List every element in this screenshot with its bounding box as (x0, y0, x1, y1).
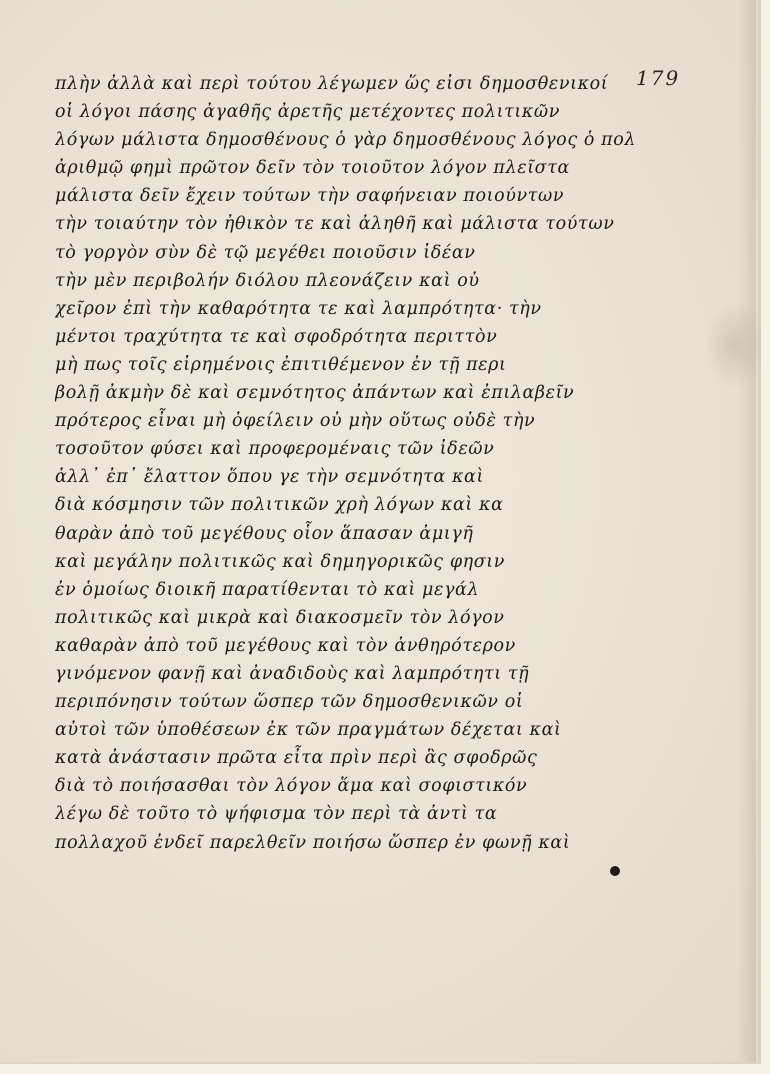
text-line: αὐτοὶ τῶν ὑποθέσεων ἐκ τῶν πραγμάτων δέχ… (55, 716, 635, 744)
text-line: ἀλλ᾽ ἐπ᾽ ἔλαττον ὅπου γε τὴν σεμνότητα κ… (55, 463, 635, 491)
manuscript-page: 179 πλὴν ἀλλὰ καὶ περὶ τούτου λέγωμεν ὥς… (0, 0, 761, 1064)
text-line: τὴν μὲν περιβολήν διόλου πλεονάζειν καὶ … (55, 267, 635, 295)
text-line: καθαρὰν ἀπὸ τοῦ μεγέθους καὶ τὸν ἀνθηρότ… (55, 632, 635, 660)
text-line: περιπόνησιν τούτων ὥσπερ τῶν δημοσθενικῶ… (55, 688, 635, 716)
text-line: τὸ γοργὸν σὺν δὲ τῷ μεγέθει ποιοῦσιν ἰδέ… (55, 239, 635, 267)
text-line: καὶ μεγάλην πολιτικῶς καὶ δημηγορικῶς φη… (55, 548, 635, 576)
text-line: οἱ λόγοι πάσης ἀγαθῆς ἀρετῆς μετέχοντες … (55, 98, 635, 126)
page-edge-shadow (738, 0, 756, 1062)
text-line: πολιτικῶς καὶ μικρὰ καὶ διακοσμεῖν τὸν λ… (55, 604, 635, 632)
text-line: ἀριθμῷ φημὶ πρῶτον δεῖν τὸν τοιοῦτον λόγ… (55, 154, 635, 182)
ink-dot (610, 866, 620, 876)
folio-number: 179 (636, 66, 680, 90)
text-line: πολλαχοῦ ἐνδεῖ παρελθεῖν ποιήσω ὥσπερ ἐν… (55, 829, 635, 857)
text-line: τοσοῦτον φύσει καὶ προφερομέναις τῶν ἰδε… (55, 435, 635, 463)
text-line: κατὰ ἀνάστασιν πρῶτα εἶτα πρὶν περὶ ἃς σ… (55, 744, 635, 772)
text-line: μάλιστα δεῖν ἔχειν τούτων τὴν σαφήνειαν … (55, 182, 635, 210)
text-line: θαρὰν ἀπὸ τοῦ μεγέθους οἷον ἅπασαν ἀμιγῆ (55, 520, 635, 548)
paper-stain (705, 300, 765, 390)
text-line: βολῇ ἀκμὴν δὲ καὶ σεμνότητος ἀπάντων καὶ… (55, 379, 635, 407)
text-line: λέγω δὲ τοῦτο τὸ ψήφισμα τὸν περὶ τὰ ἀντ… (55, 800, 635, 828)
text-line: πρότερος εἶναι μὴ ὀφείλειν οὐ μὴν οὕτως … (55, 407, 635, 435)
text-line: ἐν ὁμοίως διοικῆ παρατίθενται τὸ καὶ μεγ… (55, 576, 635, 604)
text-line: διὰ κόσμησιν τῶν πολιτικῶν χρὴ λόγων καὶ… (55, 491, 635, 519)
text-line: διὰ τὸ ποιήσασθαι τὸν λόγον ἅμα καὶ σοφι… (55, 772, 635, 800)
text-line: χεῖρον ἐπὶ τὴν καθαρότητα τε καὶ λαμπρότ… (55, 295, 635, 323)
text-line: γινόμενον φανῇ καὶ ἀναδιδοὺς καὶ λαμπρότ… (55, 660, 635, 688)
manuscript-text: πλὴν ἀλλὰ καὶ περὶ τούτου λέγωμεν ὥς εἰσ… (55, 70, 635, 857)
text-line: λόγων μάλιστα δημοσθένους ὁ γὰρ δημοσθέν… (55, 126, 635, 154)
text-line: μὴ πως τοῖς εἰρημένοις ἐπιτιθέμενον ἐν τ… (55, 351, 635, 379)
text-line: μέντοι τραχύτητα τε καὶ σφοδρότητα περιτ… (55, 323, 635, 351)
text-line: τὴν τοιαύτην τὸν ἠθικὸν τε καὶ ἀληθῆ καὶ… (55, 210, 635, 238)
text-line: πλὴν ἀλλὰ καὶ περὶ τούτου λέγωμεν ὥς εἰσ… (55, 70, 635, 98)
